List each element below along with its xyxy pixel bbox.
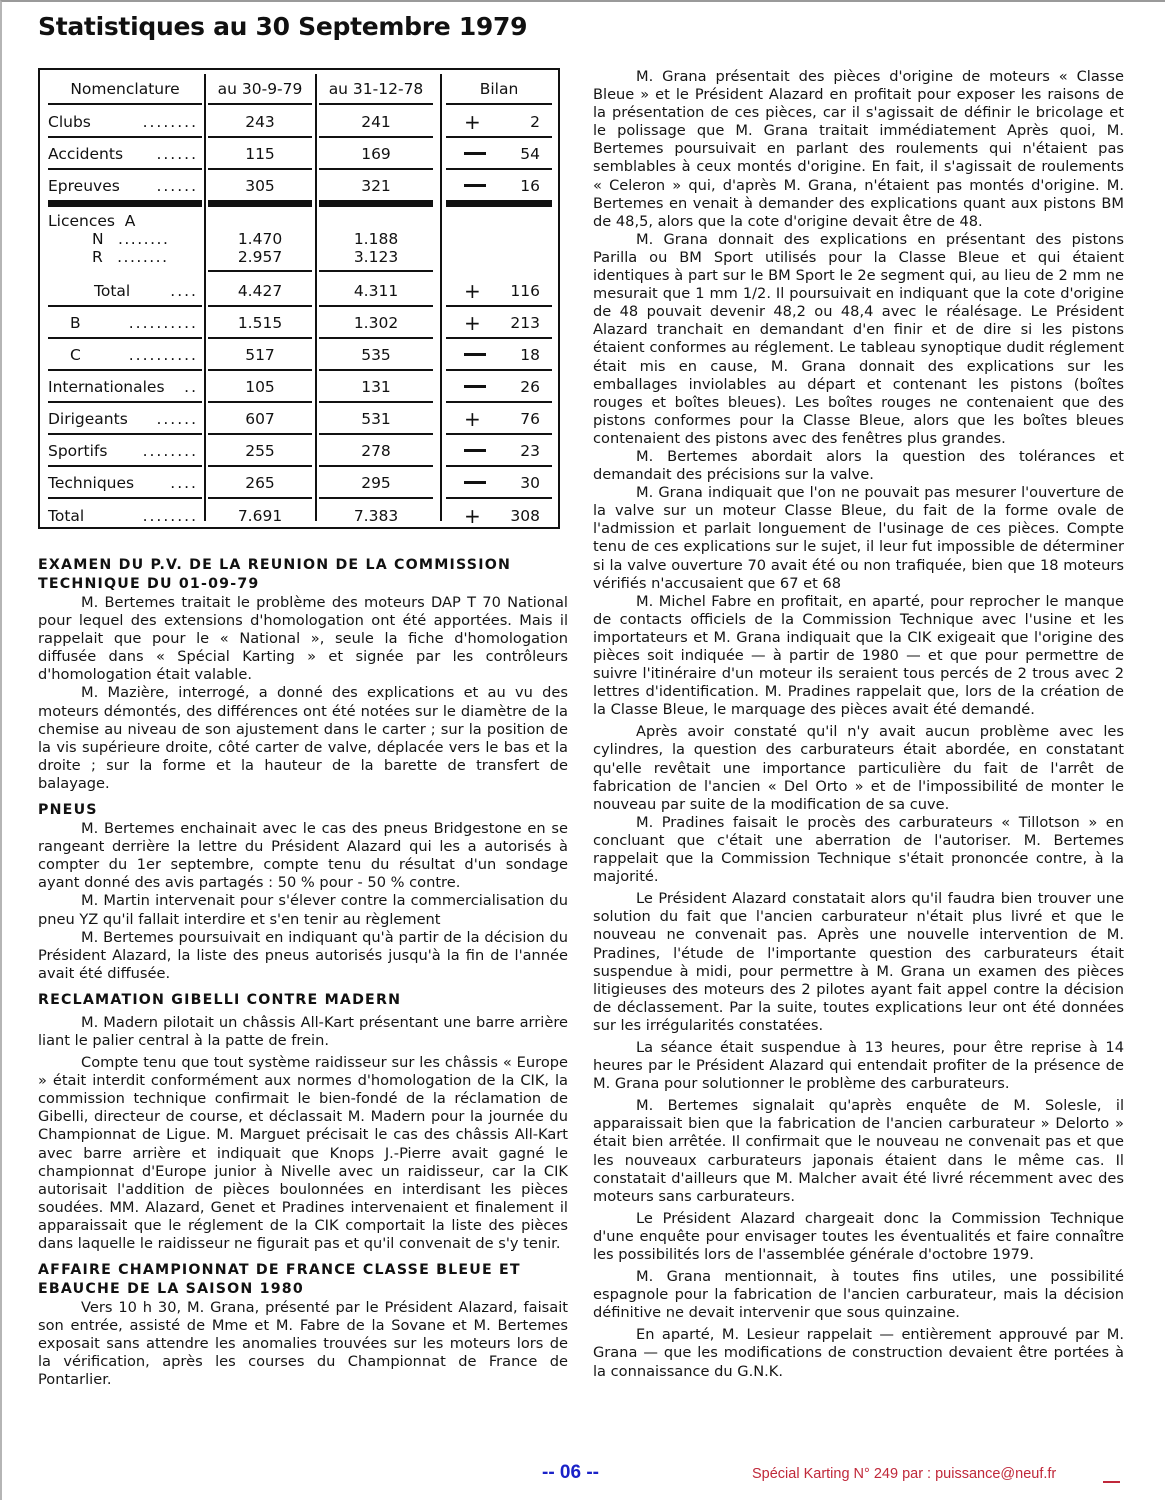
row-label-dirigeants: Dirigeants...... [48, 404, 202, 435]
paragraph: La séance était suspendue à 13 heures, p… [593, 1039, 1124, 1093]
bilan-c: 18 [446, 340, 552, 371]
paragraph: M. Grana donnait des explications en pré… [593, 231, 1124, 448]
paragraph: M. Bertemes poursuivait en indiquant qu'… [38, 929, 568, 983]
column-divider [440, 74, 442, 521]
minus-icon [464, 449, 486, 452]
paragraph: En aparté, M. Lesieur rappelait — entièr… [593, 1326, 1124, 1380]
bilan-techniques: 30 [446, 468, 552, 499]
value-r: 3.123 [354, 248, 398, 266]
section-heading: EXAMEN DU P.V. DE LA REUNION DE LA COMMI… [38, 556, 568, 594]
paragraph: M. Grana présentait des pièces d'origine… [593, 68, 1124, 231]
sublabel-r: R ........ [48, 248, 169, 266]
paragraph: M. Bertemes signalait qu'après enquête d… [593, 1097, 1124, 1206]
plus-icon: + [464, 313, 481, 333]
row-label-sportifs: Sportifs........ [48, 436, 202, 467]
paragraph: M. Bertemes enchainait avec le cas des p… [38, 820, 568, 892]
bilan-sportifs: 23 [446, 436, 552, 467]
label-text: Total [94, 282, 130, 300]
delta-value: 116 [510, 282, 540, 300]
row-label-clubs: Clubs........ [48, 107, 202, 138]
leader-dots: .... [170, 474, 198, 492]
bilan-total: +308 [446, 500, 552, 531]
value-1978-internationales: 131 [319, 372, 433, 403]
value-1978-licences-a: 1.188 3.123 [319, 208, 433, 272]
value-1978-c: 535 [319, 340, 433, 371]
column-bilan: Bilan +2 54 16 +116 +213 18 26 +76 23 30… [446, 70, 552, 527]
leader-dots: .... [170, 282, 198, 300]
label-text: Total [48, 507, 84, 525]
left-column: EXAMEN DU P.V. DE LA REUNION DE LA COMMI… [38, 556, 568, 1390]
plus-icon: + [464, 112, 481, 132]
label-text: Clubs [48, 113, 91, 131]
value-1978-total-a: 4.311 [319, 276, 433, 307]
row-label-accidents: Accidents...... [48, 139, 202, 170]
value-1979-epreuves: 305 [208, 171, 312, 207]
bilan-total-a: +116 [446, 276, 552, 307]
value-1979-total: 7.691 [208, 500, 312, 531]
value-1978-techniques: 295 [319, 468, 433, 499]
row-label-internationales: Internationales.. [48, 372, 202, 403]
value-1978-sportifs: 278 [319, 436, 433, 467]
paragraph: M. Martin intervenait pour s'élever cont… [38, 892, 568, 928]
sublabel-n: N ........ [48, 230, 169, 248]
leader-dots: .......... [129, 314, 198, 332]
paragraph: Le Président Alazard chargeait donc la C… [593, 1210, 1124, 1264]
value-1979-accidents: 115 [208, 139, 312, 170]
value-1978-dirigeants: 531 [319, 404, 433, 435]
delta-value: 54 [520, 145, 540, 163]
leader-dots: ...... [156, 410, 198, 428]
statistics-table: Nomenclature Clubs........ Accidents....… [38, 68, 560, 529]
row-label-total: Total........ [48, 500, 202, 531]
value-1978-epreuves: 321 [319, 171, 433, 207]
value-1978-b: 1.302 [319, 308, 433, 339]
delta-value: 18 [520, 346, 540, 364]
section-heading: RECLAMATION GIBELLI CONTRE MADERN [38, 991, 568, 1010]
header-1979: au 30-9-79 [208, 74, 312, 105]
delta-value: 76 [520, 410, 540, 428]
value-1979-licences-a: 1.470 2.957 [208, 208, 312, 272]
paragraph: M. Michel Fabre en profitait, en aparté,… [593, 593, 1124, 720]
section-heading: PNEUS [38, 801, 568, 820]
bilan-accidents: 54 [446, 139, 552, 170]
label-text: B [70, 314, 81, 332]
value-1979-techniques: 265 [208, 468, 312, 499]
bilan-dirigeants: +76 [446, 404, 552, 435]
leader-dots: ........ [143, 113, 198, 131]
column-1979: au 30-9-79 243 115 305 1.470 2.957 4.427… [208, 70, 312, 527]
section-affaire-championnat: AFFAIRE CHAMPIONNAT DE FRANCE CLASSE BLE… [38, 1261, 568, 1389]
section-pneus: PNEUS M. Bertemes enchainait avec le cas… [38, 801, 568, 983]
value-n: 1.188 [354, 230, 398, 248]
bilan-internationales: 26 [446, 372, 552, 403]
leader-dots: ...... [156, 177, 198, 195]
label-text: Licences A [48, 212, 135, 230]
header-nomenclature: Nomenclature [48, 74, 202, 105]
value-1979-c: 517 [208, 340, 312, 371]
paragraph: M. Grana mentionnait, à toutes fins util… [593, 1268, 1124, 1322]
page-number: -- 06 -- [542, 1462, 599, 1484]
leader-dots: .......... [129, 346, 198, 364]
minus-icon [464, 184, 486, 187]
header-bilan: Bilan [446, 74, 552, 105]
paragraph: Le Président Alazard constatait alors qu… [593, 890, 1124, 1035]
column-1978: au 31-12-78 241 169 321 1.188 3.123 4.31… [319, 70, 433, 527]
row-label-techniques: Techniques.... [48, 468, 202, 499]
bilan-clubs: +2 [446, 107, 552, 138]
value-1979-clubs: 243 [208, 107, 312, 138]
delta-value: 213 [510, 314, 540, 332]
value-n: 1.470 [238, 230, 282, 248]
paragraph: M. Bertemes abordait alors la question d… [593, 448, 1124, 484]
column-divider [204, 74, 206, 521]
delta-value: 30 [520, 474, 540, 492]
paragraph: M. Mazière, interrogé, a donné des expli… [38, 684, 568, 793]
bilan-b: +213 [446, 308, 552, 339]
paragraph: Après avoir constaté qu'il n'y avait auc… [593, 723, 1124, 813]
scan-credit: Spécial Karting N° 249 par : puissance@n… [752, 1466, 1056, 1482]
row-label-total-a: Total.... [48, 276, 202, 307]
paragraph: M. Grana indiquait que l'on ne pouvait p… [593, 484, 1124, 593]
row-label-licences-a: Licences A N ........ R ........ [48, 208, 202, 270]
value-1979-total-a: 4.427 [208, 276, 312, 307]
value-1978-accidents: 169 [319, 139, 433, 170]
leader-dots: ........ [143, 442, 198, 460]
label-text: Accidents [48, 145, 123, 163]
label-text: C [70, 346, 81, 364]
paragraph: Vers 10 h 30, M. Grana, présenté par le … [38, 1299, 568, 1389]
paragraph: M. Bertemes traitait le problème des mot… [38, 594, 568, 684]
delta-value: 16 [520, 177, 540, 195]
leader-dots: ........ [143, 507, 198, 525]
label-text: Dirigeants [48, 410, 128, 428]
paragraph: M. Madern pilotait un châssis All-Kart p… [38, 1014, 568, 1050]
row-label-c: C.......... [48, 340, 202, 371]
section-heading: AFFAIRE CHAMPIONNAT DE FRANCE CLASSE BLE… [38, 1261, 568, 1299]
plus-icon: + [464, 506, 481, 526]
minus-icon [464, 481, 486, 484]
label-text: Sportifs [48, 442, 107, 460]
page-title: Statistiques au 30 Septembre 1979 [38, 12, 527, 41]
leader-dots: .. [184, 378, 198, 396]
plus-icon: + [464, 281, 481, 301]
label-text: Internationales [48, 378, 165, 396]
leader-dots: ...... [156, 145, 198, 163]
minus-icon [464, 353, 486, 356]
minus-icon [464, 152, 486, 155]
row-label-epreuves: Epreuves...... [48, 171, 202, 207]
value-1979-dirigeants: 607 [208, 404, 312, 435]
nomenclature-column: Nomenclature Clubs........ Accidents....… [48, 70, 202, 527]
value-1979-sportifs: 255 [208, 436, 312, 467]
value-1979-b: 1.515 [208, 308, 312, 339]
value-1978-total: 7.383 [319, 500, 433, 531]
paragraph: Compte tenu que tout système raidisseur … [38, 1054, 568, 1253]
value-r: 2.957 [238, 248, 282, 266]
value-1979-internationales: 105 [208, 372, 312, 403]
header-1978: au 31-12-78 [319, 74, 433, 105]
delta-value: 308 [510, 507, 540, 525]
section-reclamation-gibelli: RECLAMATION GIBELLI CONTRE MADERN M. Mad… [38, 991, 568, 1253]
credit-underline [1103, 1481, 1120, 1483]
row-label-b: B.......... [48, 308, 202, 339]
plus-icon: + [464, 409, 481, 429]
column-divider [315, 74, 317, 521]
bilan-epreuves: 16 [446, 171, 552, 207]
delta-value: 2 [530, 113, 540, 131]
section-examen-pv: EXAMEN DU P.V. DE LA REUNION DE LA COMMI… [38, 556, 568, 793]
minus-icon [464, 385, 486, 388]
value-1978-clubs: 241 [319, 107, 433, 138]
paragraph: M. Pradines faisait le procès des carbur… [593, 814, 1124, 886]
label-text: Epreuves [48, 177, 120, 195]
delta-value: 26 [520, 378, 540, 396]
label-text: Techniques [48, 474, 134, 492]
delta-value: 23 [520, 442, 540, 460]
right-column: M. Grana présentait des pièces d'origine… [593, 68, 1124, 1381]
